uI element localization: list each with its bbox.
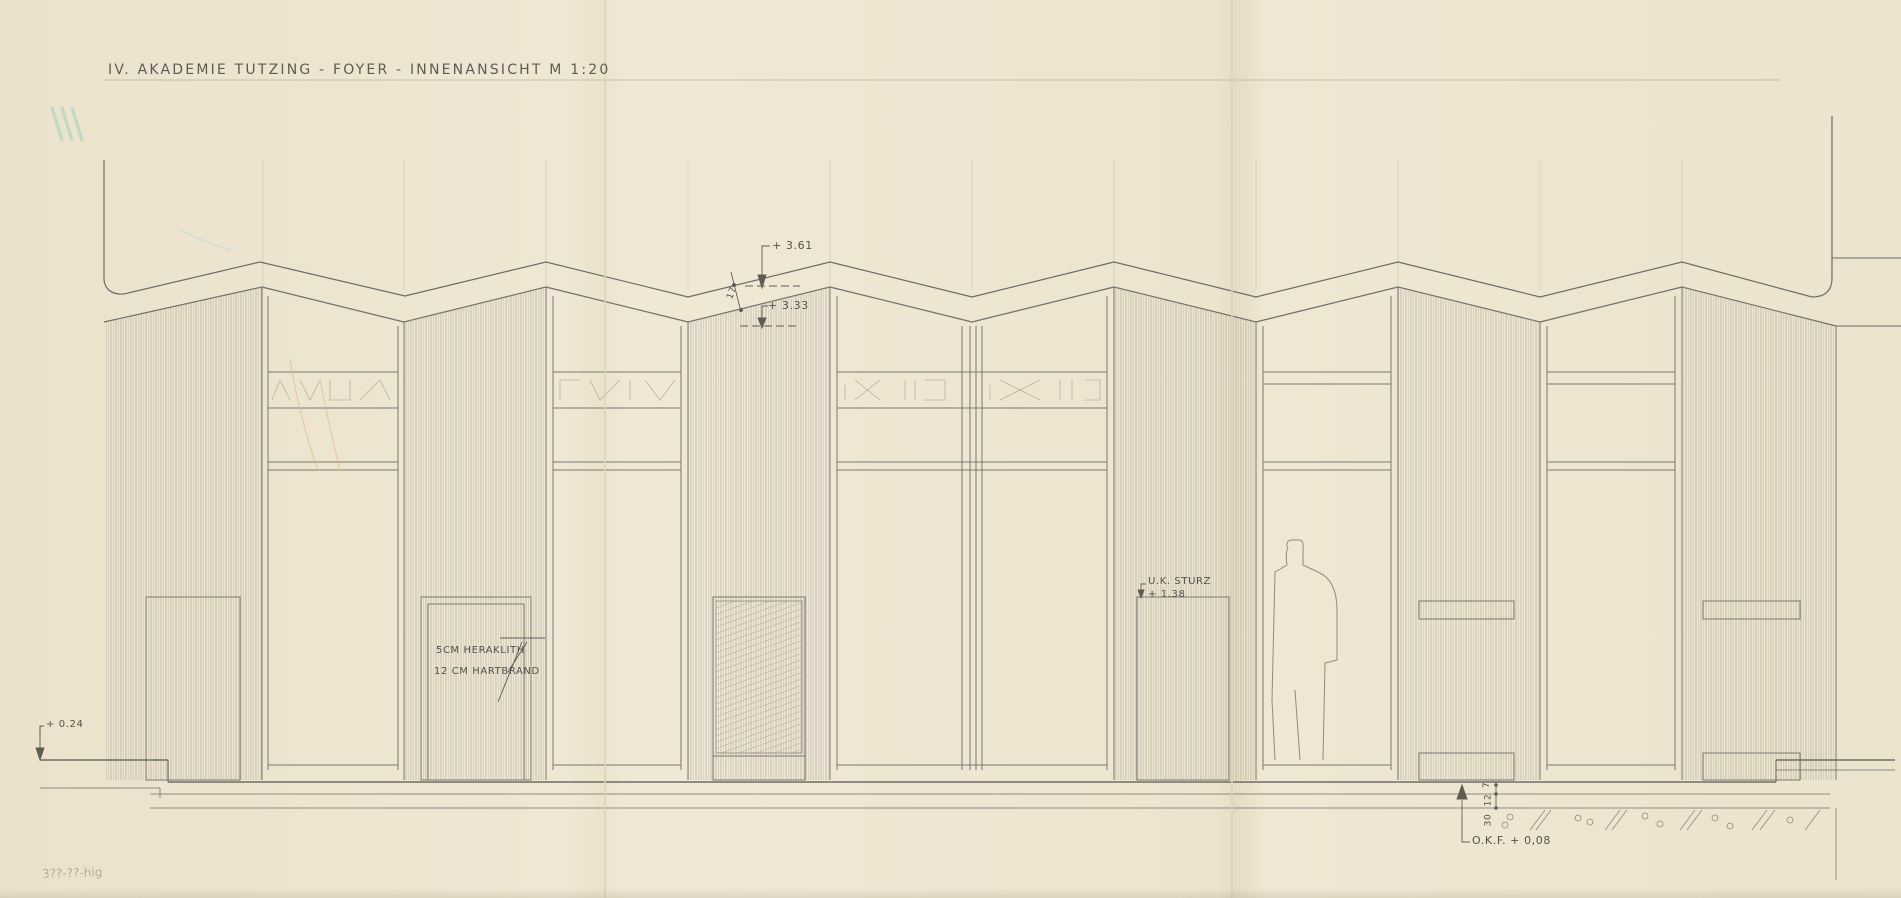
ceiling-level-label: + 3.33 [768,299,809,312]
archive-mark: 3??-??-hig [42,865,103,881]
left-floor-level-label: + 0.24 [46,719,83,730]
drawing-sheet: IV. AKADEMIE TUTZING - FOYER - INNENANSI… [0,0,1901,898]
construction-lines [263,160,1682,290]
wall-niches [146,597,1800,780]
folded-roof-top-line [104,116,1832,297]
heraklith-label: 5CM HERAKLITH [436,645,525,656]
floor-dim-mid: 12 [1483,794,1493,807]
hatched-panel [716,601,802,753]
gravel-fill [1502,810,1820,830]
human-figure-icon [1272,540,1337,760]
lintel-label: U.K. STURZ [1148,576,1211,587]
folded-roof-ceiling-line [104,287,1836,326]
drawing-title: IV. AKADEMIE TUTZING - FOYER - INNENANSI… [108,62,610,78]
elevation-drawing [0,0,1901,898]
roof-level-label: + 3.61 [772,239,813,252]
floor-lines [40,760,1895,880]
floor-dim-top: 7 [1482,782,1492,788]
hartbrand-label: 12 CM HARTBRAND [434,666,540,677]
lintel-level-label: + 1.38 [1148,589,1185,600]
floor-dim-bottom: 30 [1483,814,1493,827]
floor-level-label: O.K.F. + 0,08 [1472,834,1551,847]
